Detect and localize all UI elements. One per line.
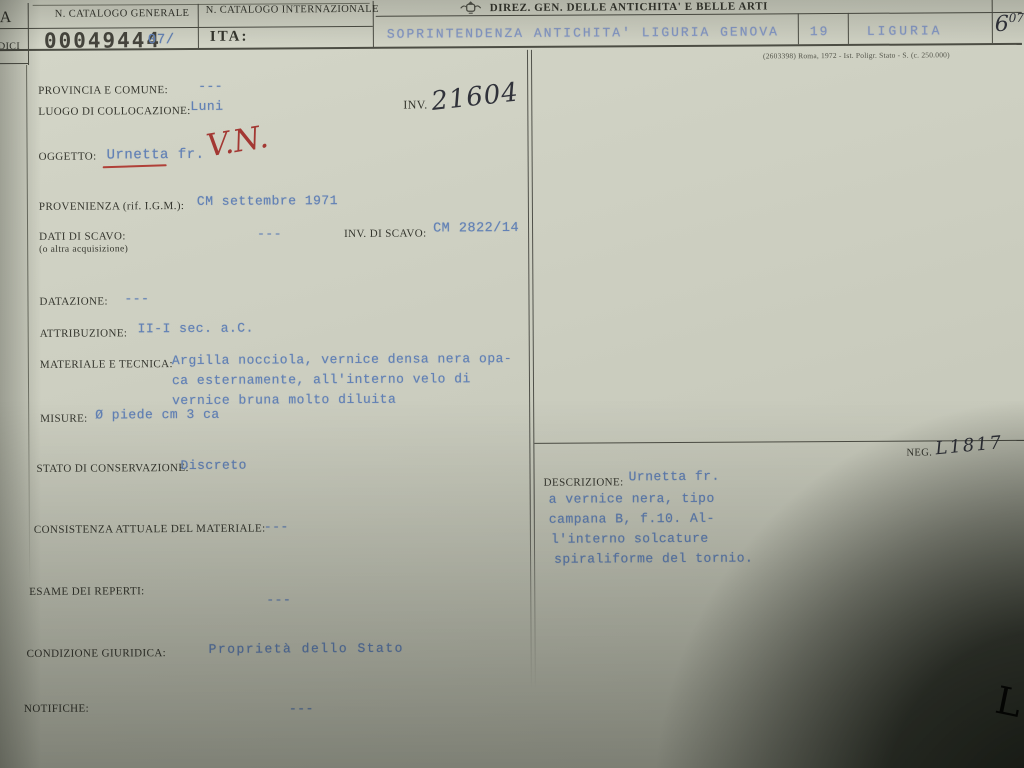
field-inv-scavo-value: CM 2822/14 xyxy=(433,221,519,237)
field-condizione-value: Proprietà dello Stato xyxy=(209,641,404,657)
field-misure-value: Ø piede cm 3 ca xyxy=(95,407,220,423)
field-datazione-label: DATAZIONE: xyxy=(39,295,108,307)
field-provenienza-value: CM settembre 1971 xyxy=(197,193,338,209)
print-shop-info: (2603398) Roma, 1972 - Ist. Poligr. Stat… xyxy=(763,50,950,60)
field-oggetto-label: OGGETTO: xyxy=(39,151,97,163)
field-descrizione-line-5: spiraliforme del tornio. xyxy=(554,551,753,567)
field-datazione-value: --- xyxy=(124,291,149,306)
field-descrizione-label: DESCRIZIONE: xyxy=(544,476,624,488)
field-esame-label: ESAME DEI REPERTI: xyxy=(29,585,144,598)
field-materiale-line-2: ca esternamente, all'interno velo di xyxy=(172,371,471,388)
catalogo-internazionale-value: ITA: xyxy=(210,29,249,46)
soprintendenza-stamp: SOPRINTENDENZA ANTICHITA' LIGURIA GENOVA xyxy=(387,24,779,41)
field-descrizione-line-3: campana B, f.10. Al- xyxy=(549,511,715,527)
field-descrizione-line-2: a vernice nera, tipo xyxy=(549,491,715,507)
field-descrizione-line-1: Urnetta fr. xyxy=(629,469,720,485)
catalogo-generale-typed-suffix: 07/ xyxy=(148,32,175,48)
field-materiale-line-3: vernice bruna molto diluita xyxy=(172,392,396,408)
regione-divider xyxy=(992,0,993,43)
field-attribuzione-label: ATTRIBUZIONE: xyxy=(40,327,128,340)
codice-divider-left xyxy=(798,13,799,44)
field-neg-label: NEG. xyxy=(906,447,932,458)
catalog-card: A DICI N. CATALOGO GENERALE 00049444 07/… xyxy=(0,0,1024,768)
left-margin-rule xyxy=(26,65,30,585)
field-collocazione-label: LUOGO DI COLLOCAZIONE: xyxy=(38,105,190,118)
field-provincia-value: --- xyxy=(198,79,223,94)
catalogo-generale-stamped-number: 00049444 xyxy=(44,28,161,53)
catalog-card-photo: A DICI N. CATALOGO GENERALE 00049444 07/… xyxy=(0,0,1024,768)
edge-column-divider xyxy=(28,3,29,65)
field-oggetto-red-annotation: V.N. xyxy=(204,119,271,165)
field-conservazione-value: Discreto xyxy=(180,458,247,473)
field-conservazione-label: STATO DI CONSERVAZIONE: xyxy=(36,462,189,475)
field-descrizione-line-4: l'interno solcature xyxy=(551,531,709,547)
codice-divider-right xyxy=(848,13,849,44)
field-oggetto-value: Urnetta fr. xyxy=(107,147,205,164)
edge-letter-bottom: DICI xyxy=(0,41,20,52)
field-attribuzione-value: II-I sec. a.C. xyxy=(138,321,254,337)
field-dati-scavo-label: DATI DI SCAVO: xyxy=(39,230,126,243)
field-materiale-line-1: Argilla nocciola, vernice densa nera opa… xyxy=(172,351,512,368)
field-inv-label: INV. xyxy=(403,98,427,113)
field-inv-scavo-label: INV. DI SCAVO: xyxy=(344,228,427,241)
field-collocazione-value: Luni xyxy=(190,99,223,114)
handwritten-header-number-sup: 07 xyxy=(1009,11,1024,25)
field-misure-label: MISURE: xyxy=(40,413,87,425)
field-esame-value: --- xyxy=(266,592,291,607)
center-divider-line-2 xyxy=(531,50,536,690)
field-inv-value-handwritten: 21604 xyxy=(430,77,520,117)
edge-letter-top: A xyxy=(0,9,12,27)
field-consistenza-label: CONSISTENZA ATTUALE DEL MATERIALE: xyxy=(34,523,266,536)
corner-pen-mark: L xyxy=(992,678,1024,726)
handwritten-header-number: 607 xyxy=(995,11,1024,37)
field-provenienza-label: PROVENIENZA (rif. I.G.M.): xyxy=(39,200,185,213)
field-condizione-label: CONDIZIONE GIURIDICA: xyxy=(27,647,167,660)
coat-of-arms-icon xyxy=(458,0,484,14)
codice-stamp: 19 xyxy=(810,24,830,39)
field-dati-scavo-value: --- xyxy=(257,226,282,241)
direzione-label: DIREZ. GEN. DELLE ANTICHITA' E BELLE ART… xyxy=(490,0,768,14)
field-neg-value-handwritten: L1817 xyxy=(935,432,1004,459)
regione-stamp: LIGURIA xyxy=(867,23,943,38)
catalogo-generale-label: N. CATALOGO GENERALE xyxy=(55,8,190,20)
field-notifiche-label: NOTIFICHE: xyxy=(24,703,89,715)
field-notifiche-value: --- xyxy=(289,701,314,716)
field-dati-scavo-sublabel: (o altra acquisizione) xyxy=(39,244,128,255)
field-materiale-label: MATERIALE E TECNICA: xyxy=(40,358,173,371)
field-provincia-label: PROVINCIA E COMUNE: xyxy=(38,84,168,97)
catalogo-internazionale-label: N. CATALOGO INTERNAZIONALE xyxy=(206,4,379,16)
field-consistenza-value: --- xyxy=(264,519,289,534)
red-underline-mark xyxy=(103,164,167,168)
edge-cell-rule xyxy=(0,63,28,64)
handwritten-header-number-main: 6 xyxy=(995,12,1009,37)
